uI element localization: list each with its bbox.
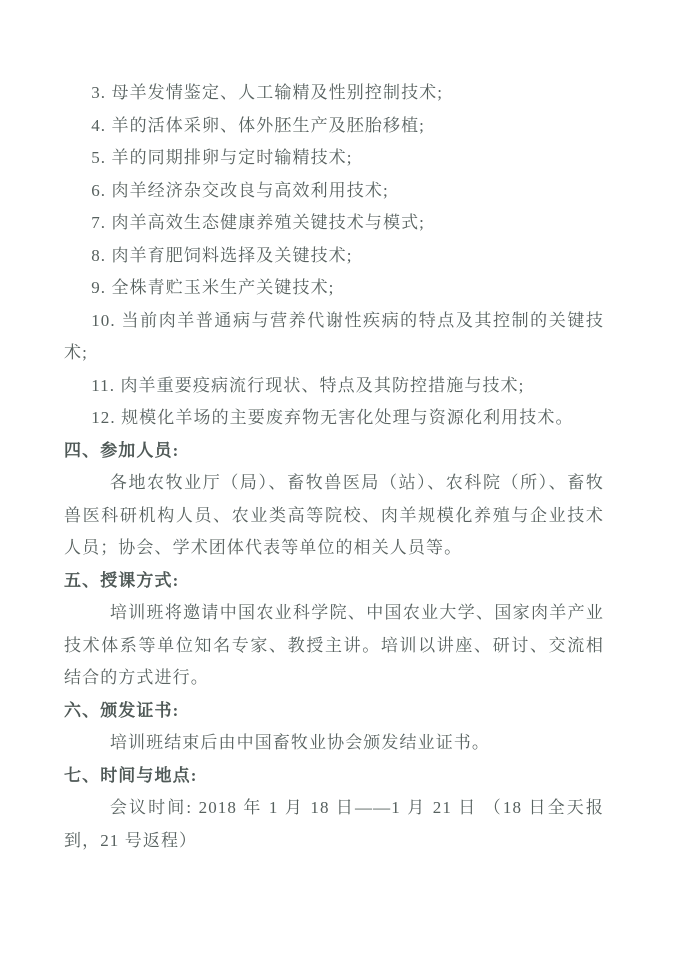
list-item-8: 8. 肉羊育肥饲料选择及关键技术; [64, 240, 604, 273]
section-heading-teaching-method: 五、授课方式: [64, 565, 604, 598]
document-page: 3. 母羊发情鉴定、人工输精及性别控制技术; 4. 羊的活体采卵、体外胚生产及胚… [0, 0, 684, 964]
list-item-9: 9. 全株青贮玉米生产关键技术; [64, 272, 604, 305]
list-item-12: 12. 规模化羊场的主要废弃物无害化处理与资源化利用技术。 [64, 402, 604, 435]
section-heading-time-location: 七、时间与地点: [64, 760, 604, 793]
section-heading-certificate: 六、颁发证书: [64, 695, 604, 728]
list-item-4: 4. 羊的活体采卵、体外胚生产及胚胎移植; [64, 110, 604, 143]
list-item-5: 5. 羊的同期排卵与定时输精技术; [64, 142, 604, 175]
section-body-participants: 各地农牧业厅（局）、畜牧兽医局（站）、农科院（所）、畜牧兽医科研机构人员、农业类… [64, 467, 604, 565]
section-heading-participants: 四、参加人员: [64, 435, 604, 468]
list-item-7: 7. 肉羊高效生态健康养殖关键技术与模式; [64, 207, 604, 240]
section-body-teaching-method: 培训班将邀请中国农业科学院、中国农业大学、国家肉羊产业技术体系等单位知名专家、教… [64, 597, 604, 695]
list-item-10: 10. 当前肉羊普通病与营养代谢性疾病的特点及其控制的关键技术; [64, 305, 604, 370]
section-body-time-location: 会议时间: 2018 年 1 月 18 日——1 月 21 日 （18 日全天报… [64, 792, 604, 857]
section-body-certificate: 培训班结束后由中国畜牧业协会颁发结业证书。 [64, 727, 604, 760]
list-item-11: 11. 肉羊重要疫病流行现状、特点及其防控措施与技术; [64, 370, 604, 403]
list-item-6: 6. 肉羊经济杂交改良与高效利用技术; [64, 175, 604, 208]
list-item-3: 3. 母羊发情鉴定、人工输精及性别控制技术; [64, 77, 604, 110]
